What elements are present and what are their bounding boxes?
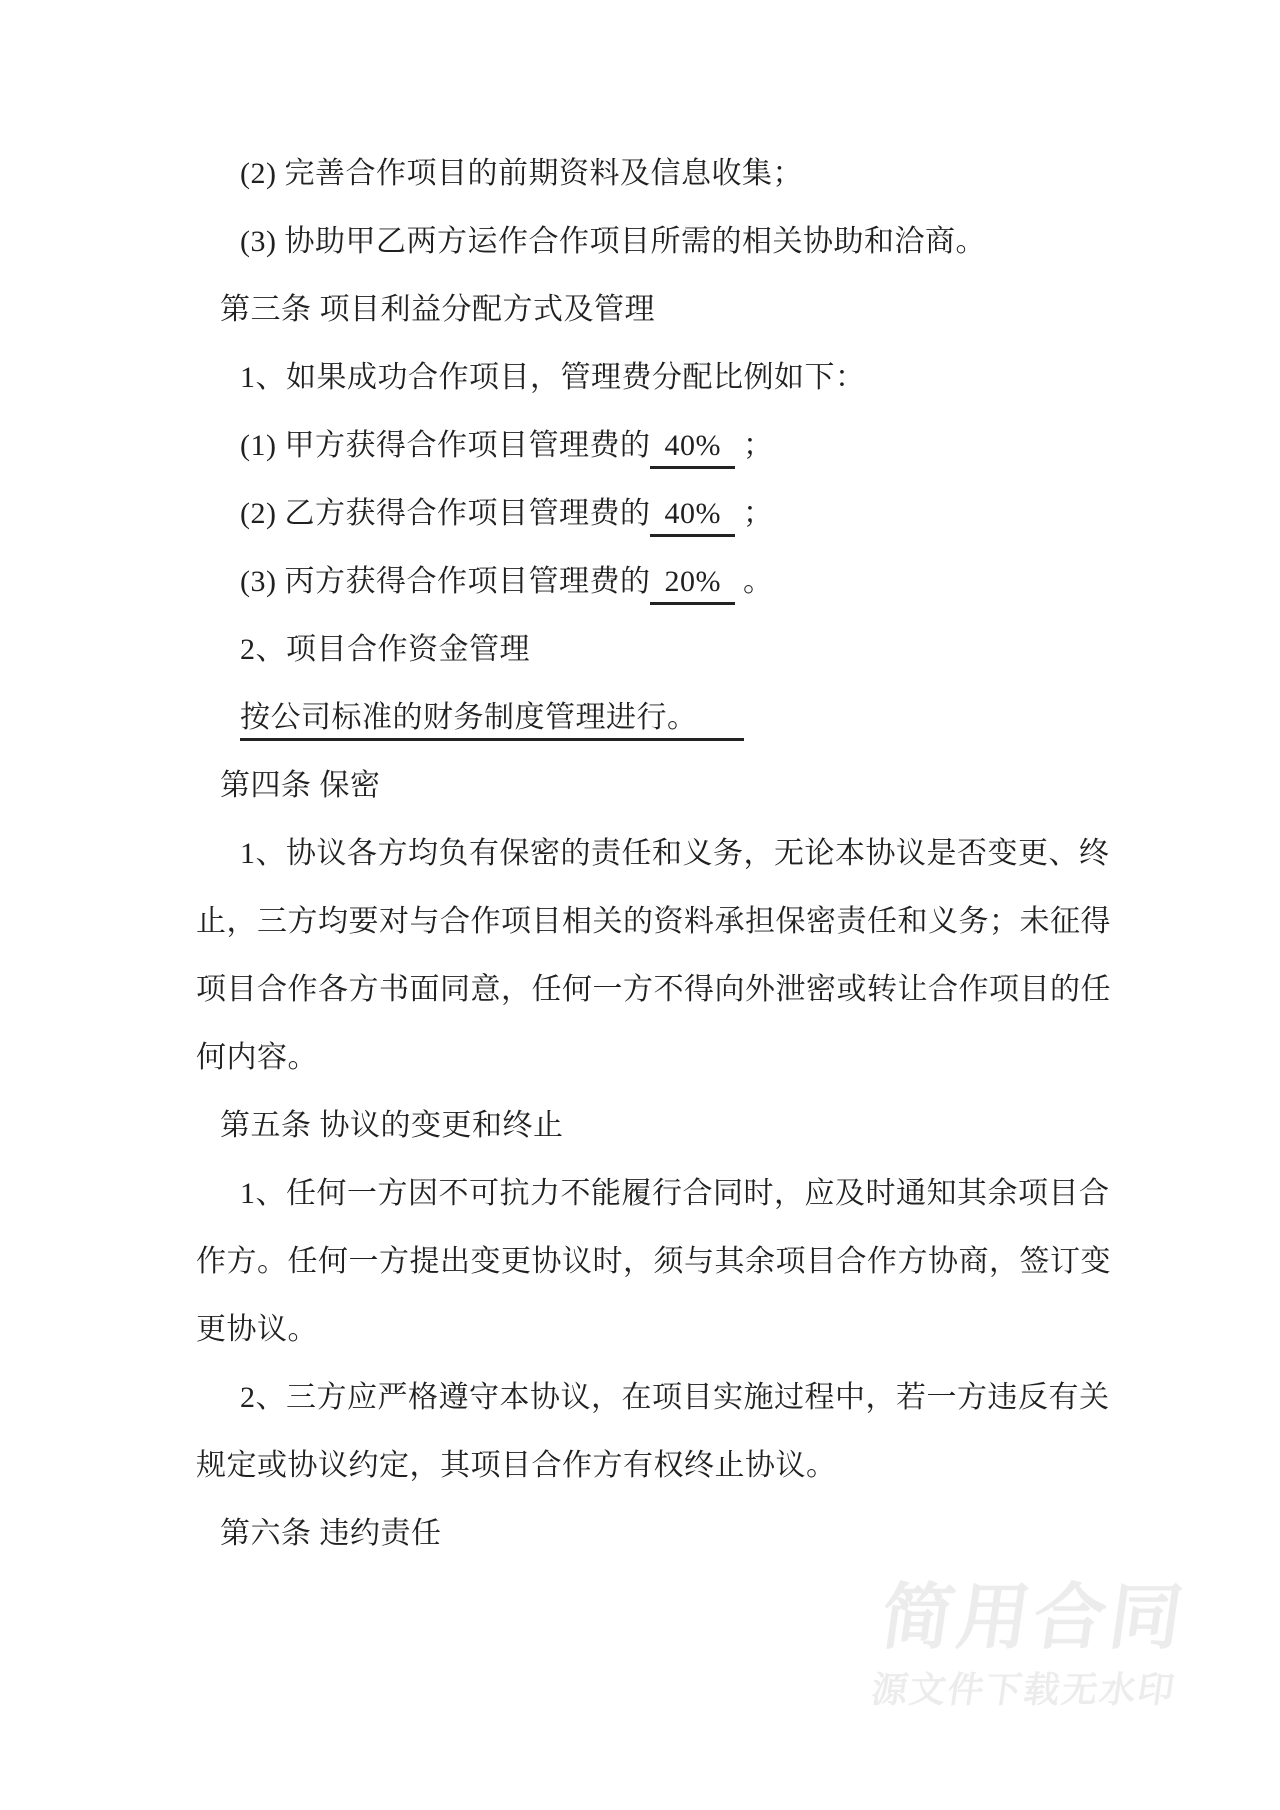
watermark-brand-text: 简用合同 xyxy=(877,1582,1191,1654)
funds-management-filled-line: 按公司标准的财务制度管理进行。 xyxy=(196,684,1220,752)
fee-share-party-c: (3) 丙方获得合作项目管理费的 20% 。 xyxy=(196,548,1220,616)
fee-share-party-c-text: (3) 丙方获得合作项目管理费的 xyxy=(240,565,650,598)
clause-item-3: (3) 协助甲乙两方运作合作项目所需的相关协助和洽商。 xyxy=(196,208,1220,276)
article-4-para-1-line-1: 1、协议各方均负有保密的责任和义务，无论本协议是否变更、终 xyxy=(196,820,1220,888)
fee-share-party-a: (1) 甲方获得合作项目管理费的 40% ； xyxy=(196,412,1220,480)
article-5-heading: 第五条 协议的变更和终止 xyxy=(196,1092,1220,1160)
article-5-para-2-line-2: 规定或协议约定，其项目合作方有权终止协议。 xyxy=(196,1432,1220,1500)
contract-body: (2) 完善合作项目的前期资料及信息收集； (3) 协助甲乙两方运作合作项目所需… xyxy=(196,140,1220,1568)
article-3-para-2: 2、项目合作资金管理 xyxy=(196,616,1220,684)
article-5-para-1-line-3: 更协议。 xyxy=(196,1296,1220,1364)
contract-page: (2) 完善合作项目的前期资料及信息收集； (3) 协助甲乙两方运作合作项目所需… xyxy=(0,0,1280,1810)
clause-item-2: (2) 完善合作项目的前期资料及信息收集； xyxy=(196,140,1220,208)
fee-share-party-b-text: (2) 乙方获得合作项目管理费的 xyxy=(240,497,650,530)
article-6-heading: 第六条 违约责任 xyxy=(196,1500,1220,1568)
article-4-para-1-line-2: 止，三方均要对与合作项目相关的资料承担保密责任和义务；未征得 xyxy=(196,888,1220,956)
fee-share-party-c-punct: 。 xyxy=(735,565,774,598)
fee-share-party-a-text: (1) 甲方获得合作项目管理费的 xyxy=(240,429,650,462)
article-5-para-1-line-2: 作方。任何一方提出变更协议时，须与其余项目合作方协商，签订变 xyxy=(196,1228,1220,1296)
site-watermark: 简用合同 源文件下载无水印 xyxy=(869,1582,1191,1708)
fee-share-party-c-blank: 20% xyxy=(650,565,735,605)
fee-share-party-b-blank: 40% xyxy=(650,497,735,537)
article-5-para-2-line-1: 2、三方应严格遵守本协议，在项目实施过程中，若一方违反有关 xyxy=(196,1364,1220,1432)
article-5-para-1-line-1: 1、任何一方因不可抗力不能履行合同时，应及时通知其余项目合 xyxy=(196,1160,1220,1228)
watermark-slogan-text: 源文件下载无水印 xyxy=(869,1672,1178,1708)
article-3-para-1: 1、如果成功合作项目，管理费分配比例如下： xyxy=(196,344,1220,412)
fee-share-party-b-punct: ； xyxy=(735,497,774,530)
article-3-heading: 第三条 项目利益分配方式及管理 xyxy=(196,276,1220,344)
article-4-para-1-line-3: 项目合作各方书面同意，任何一方不得向外泄密或转让合作项目的任 xyxy=(196,956,1220,1024)
article-4-para-1-line-4: 何内容。 xyxy=(196,1024,1220,1092)
funds-management-underlined-text: 按公司标准的财务制度管理进行。 xyxy=(240,701,744,741)
fee-share-party-a-blank: 40% xyxy=(650,429,735,469)
fee-share-party-a-punct: ； xyxy=(735,429,774,462)
fee-share-party-b: (2) 乙方获得合作项目管理费的 40% ； xyxy=(196,480,1220,548)
article-4-heading: 第四条 保密 xyxy=(196,752,1220,820)
